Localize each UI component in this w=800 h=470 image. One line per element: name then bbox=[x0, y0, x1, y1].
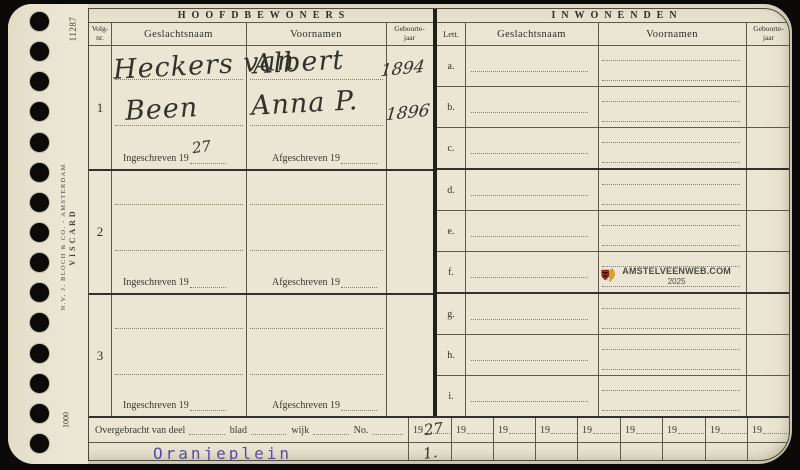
watermark: AMSTELVEENWEB.COM 2025 bbox=[601, 261, 731, 291]
ingeschreven-label: Ingeschreven 19 bbox=[123, 277, 226, 288]
dotted-line bbox=[602, 410, 740, 411]
punch-hole bbox=[30, 102, 49, 121]
footer-year-cell: 19 bbox=[706, 418, 748, 442]
handwritten-firstname-2: Anna P. bbox=[250, 85, 359, 122]
hoofdbewoners-row-1: 1 Ingeschreven 19 Afgeschreven 19 bbox=[89, 46, 433, 169]
dotted-line bbox=[602, 162, 740, 163]
header-volgnr: Volg- nr. bbox=[89, 23, 112, 45]
dotted-leader bbox=[678, 433, 704, 434]
dotted-line bbox=[250, 250, 383, 251]
dotted-leader bbox=[372, 434, 403, 435]
dotted-line bbox=[471, 277, 588, 278]
dotted-line bbox=[602, 245, 740, 246]
inwonenden-header: Lett. Geslachtsnaam Voornamen Geboorte- … bbox=[437, 23, 790, 46]
punch-hole bbox=[30, 434, 49, 453]
dotted-line bbox=[602, 60, 740, 61]
punch-hole bbox=[30, 313, 49, 332]
dotted-line bbox=[602, 308, 740, 309]
punch-hole bbox=[30, 223, 49, 242]
dotted-line bbox=[115, 374, 243, 375]
printer-imprint: N.V. J. BLOCH & CO. - AMSTERDAM VISCARD bbox=[60, 163, 78, 310]
dotted-line bbox=[471, 71, 588, 72]
handwritten-ingeschreven-year: 27 bbox=[191, 137, 212, 157]
footer-stamp-row: Oranjeplein 1. bbox=[89, 443, 790, 461]
hoofdbewoners-header: Volg- nr. Geslachtsnaam Voornamen Geboor… bbox=[89, 23, 433, 46]
inwonenden-section: INWONENDEN Lett. Geslachtsnaam Voornamen… bbox=[437, 9, 790, 416]
serial-number-bottom: 1000 bbox=[62, 412, 71, 428]
overgebracht-label: Overgebracht van deel blad wijk No. bbox=[89, 418, 408, 442]
punch-hole bbox=[30, 283, 49, 302]
handwritten-surname-2: Been bbox=[124, 92, 199, 127]
row-number: 1 bbox=[89, 46, 111, 169]
afgeschreven-label: Afgeschreven 19 bbox=[272, 400, 377, 411]
dotted-leader bbox=[190, 410, 226, 411]
dotted-leader bbox=[313, 434, 348, 435]
dotted-leader bbox=[341, 410, 377, 411]
footer-year-cell: 19 bbox=[536, 418, 578, 442]
header-voornamen: Voornamen bbox=[598, 23, 747, 45]
dotted-leader bbox=[190, 163, 226, 164]
afgeschreven-label: Afgeschreven 19 bbox=[272, 153, 377, 164]
footer-transfer-row: Overgebracht van deel blad wijk No. 19 2… bbox=[89, 418, 790, 443]
inwonenden-title: INWONENDEN bbox=[437, 9, 790, 23]
footer-year-cell: 19 bbox=[663, 418, 706, 442]
footer-year-cell: 19 bbox=[578, 418, 621, 442]
dotted-line bbox=[602, 390, 740, 391]
dotted-line bbox=[250, 125, 383, 126]
header-geboortejaar: Geboorte- jaar bbox=[746, 23, 790, 45]
punch-hole bbox=[30, 163, 49, 182]
header-geboortejaar: Geboorte- jaar bbox=[386, 23, 433, 45]
amstelveenweb-logo bbox=[601, 263, 618, 289]
watermark-year: 2025 bbox=[622, 277, 731, 286]
inwonenden-row-h: h. bbox=[437, 334, 790, 375]
hoofdbewoners-title: HOOFDBEWONERS bbox=[89, 9, 433, 23]
dotted-leader bbox=[189, 434, 224, 435]
hoofdbewoners-section: HOOFDBEWONERS Volg- nr. Geslachtsnaam Vo… bbox=[89, 9, 433, 416]
punch-hole bbox=[30, 193, 49, 212]
dotted-leader bbox=[509, 433, 535, 434]
row-number: 2 bbox=[89, 171, 111, 293]
header-geslachtsnaam: Geslachtsnaam bbox=[111, 23, 247, 45]
handwritten-footer-year: 27 bbox=[423, 419, 444, 439]
dotted-line bbox=[115, 250, 243, 251]
address-stamp: Oranjeplein bbox=[153, 444, 292, 461]
dotted-leader bbox=[341, 163, 377, 164]
inwonenden-row-c: c. bbox=[437, 127, 790, 168]
footer-year-cell: 19 bbox=[748, 418, 790, 442]
punch-holes bbox=[30, 12, 50, 453]
printer-brand: VISCARD bbox=[68, 163, 78, 310]
punch-hole bbox=[30, 12, 49, 31]
dotted-leader bbox=[190, 287, 226, 288]
dotted-line bbox=[602, 101, 740, 102]
watermark-site: AMSTELVEENWEB.COM bbox=[622, 266, 731, 276]
footer-year-cell: 19 bbox=[621, 418, 663, 442]
dotted-line bbox=[471, 360, 588, 361]
inwonenden-row-a: a. bbox=[437, 46, 790, 86]
header-lett: Lett. bbox=[437, 23, 466, 45]
dotted-line bbox=[602, 121, 740, 122]
hoofdbewoners-row-3: 3 Ingeschreven 19 Afgeschreven 19 bbox=[89, 293, 433, 416]
dotted-line bbox=[250, 328, 383, 329]
inwonenden-row-d: d. bbox=[437, 168, 790, 210]
dotted-line bbox=[602, 328, 740, 329]
punch-hole bbox=[30, 42, 49, 61]
dotted-leader bbox=[341, 287, 377, 288]
dotted-leader bbox=[251, 434, 286, 435]
dotted-line bbox=[602, 80, 740, 81]
dotted-leader bbox=[551, 433, 577, 434]
dotted-line bbox=[115, 328, 243, 329]
footer: Overgebracht van deel blad wijk No. 19 2… bbox=[89, 416, 790, 461]
handwritten-stamp-number: 1. bbox=[422, 443, 439, 461]
footer-year-cell: 19 bbox=[494, 418, 536, 442]
dotted-leader bbox=[636, 433, 662, 434]
dotted-line bbox=[250, 204, 383, 205]
inwonenden-row-i: i. bbox=[437, 375, 790, 416]
dotted-line bbox=[471, 236, 588, 237]
punch-hole bbox=[30, 404, 49, 423]
punch-hole bbox=[30, 344, 49, 363]
register-table: HOOFDBEWONERS Volg- nr. Geslachtsnaam Vo… bbox=[88, 8, 790, 461]
afgeschreven-label: Afgeschreven 19 bbox=[272, 277, 377, 288]
inwonenden-row-b: b. bbox=[437, 86, 790, 127]
dotted-line bbox=[602, 225, 740, 226]
dotted-line bbox=[471, 153, 588, 154]
inwonenden-rows: a. b. c. d. bbox=[437, 46, 790, 416]
dotted-leader bbox=[467, 433, 493, 434]
dotted-line bbox=[602, 349, 740, 350]
dotted-line bbox=[602, 369, 740, 370]
hoofdbewoners-row-2: 2 Ingeschreven 19 Afgeschreven 19 bbox=[89, 169, 433, 293]
header-voornamen: Voornamen bbox=[246, 23, 387, 45]
punch-hole bbox=[30, 374, 49, 393]
dotted-line bbox=[250, 374, 383, 375]
dotted-line bbox=[471, 195, 588, 196]
punch-hole bbox=[30, 133, 49, 152]
dotted-leader bbox=[763, 433, 789, 434]
handwritten-firstname-1: Albert bbox=[252, 45, 345, 81]
dotted-line bbox=[602, 204, 740, 205]
printer-company: N.V. J. BLOCH & CO. - AMSTERDAM bbox=[60, 163, 68, 310]
serial-number-top: 11287 bbox=[68, 17, 78, 42]
footer-year-cell: 19 bbox=[452, 418, 494, 442]
dotted-leader bbox=[593, 433, 619, 434]
dotted-line bbox=[602, 184, 740, 185]
punch-hole bbox=[30, 72, 49, 91]
dotted-line bbox=[471, 401, 588, 402]
punch-hole bbox=[30, 253, 49, 272]
dotted-line bbox=[471, 112, 588, 113]
row-number: 3 bbox=[89, 295, 111, 416]
register-card: 11287 1000 N.V. J. BLOCH & CO. - AMSTERD… bbox=[8, 4, 792, 464]
inwonenden-row-g: g. bbox=[437, 292, 790, 334]
dotted-leader bbox=[721, 433, 747, 434]
ingeschreven-label: Ingeschreven 19 bbox=[123, 400, 226, 411]
footer-year-cell-first: 19 27 bbox=[409, 418, 452, 442]
inwonenden-row-e: e. bbox=[437, 210, 790, 251]
dotted-line bbox=[115, 204, 243, 205]
dotted-line bbox=[471, 319, 588, 320]
header-geslachtsnaam: Geslachtsnaam bbox=[465, 23, 599, 45]
dotted-line bbox=[602, 142, 740, 143]
